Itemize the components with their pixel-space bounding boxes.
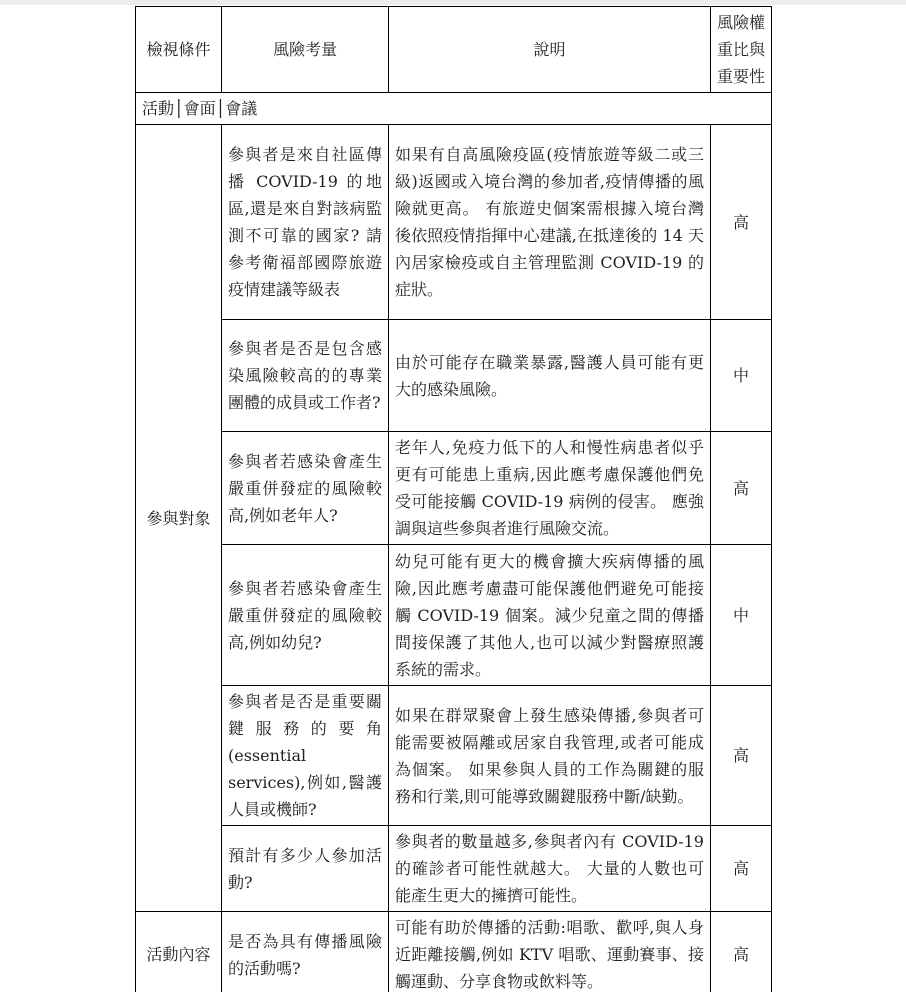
document-page: 檢視條件 風險考量 說明 風險權重比與重要性 活動│會面│會議 參與對象 參與者… xyxy=(0,0,906,992)
header-consideration: 風險考量 xyxy=(222,7,389,93)
consideration-cell: 是否為具有傳播風險的活動嗎? xyxy=(222,912,389,992)
section-row: 活動│會面│會議 xyxy=(136,93,772,125)
header-description: 說明 xyxy=(389,7,711,93)
consideration-cell: 參與者若感染會產生嚴重併發症的風險較高,例如幼兒? xyxy=(222,545,389,686)
description-cell: 可能有助於傳播的活動:唱歌、歡呼,與人身近距離接觸,例如 KTV 唱歌、運動賽事… xyxy=(389,912,711,992)
table-row: 活動內容 是否為具有傳播風險的活動嗎? 可能有助於傳播的活動:唱歌、歡呼,與人身… xyxy=(136,912,772,992)
weight-cell: 高 xyxy=(711,432,772,545)
risk-assessment-table: 檢視條件 風險考量 說明 風險權重比與重要性 活動│會面│會議 參與對象 參與者… xyxy=(135,6,772,992)
description-cell: 如果有自高風險疫區(疫情旅遊等級二或三級)返國或入境台灣的參加者,疫情傳播的風險… xyxy=(389,125,711,320)
header-weight: 風險權重比與重要性 xyxy=(711,7,772,93)
weight-cell: 高 xyxy=(711,686,772,826)
description-cell: 幼兒可能有更大的機會擴大疾病傳播的風險,因此應考慮盡可能保護他們避免可能接觸 C… xyxy=(389,545,711,686)
consideration-cell: 參與者是來自社區傳播 COVID-19 的地區,還是來自對該病監測不可靠的國家?… xyxy=(222,125,389,320)
table-header-row: 檢視條件 風險考量 說明 風險權重比與重要性 xyxy=(136,7,772,93)
window-top-edge xyxy=(0,0,906,5)
table-row: 參與者是否是包含感染風險較高的的專業團體的成員或工作者? 由於可能存在職業暴露,… xyxy=(136,320,772,432)
table-row: 參與者是否是重要關鍵服務的要角 (essential services),例如,… xyxy=(136,686,772,826)
weight-cell: 高 xyxy=(711,125,772,320)
section-title-activity-meeting: 活動│會面│會議 xyxy=(136,93,772,125)
consideration-cell: 參與者是否是重要關鍵服務的要角 (essential services),例如,… xyxy=(222,686,389,826)
condition-cell-activity-content: 活動內容 xyxy=(136,912,222,992)
condition-cell-participants: 參與對象 xyxy=(136,125,222,912)
weight-cell: 高 xyxy=(711,912,772,992)
consideration-cell: 參與者若感染會產生嚴重併發症的風險較高,例如老年人? xyxy=(222,432,389,545)
table-row: 參與者若感染會產生嚴重併發症的風險較高,例如幼兒? 幼兒可能有更大的機會擴大疾病… xyxy=(136,545,772,686)
consideration-cell: 預計有多少人參加活動? xyxy=(222,826,389,912)
description-cell: 老年人,免疫力低下的人和慢性病患者似乎更有可能患上重病,因此應考慮保護他們免受可… xyxy=(389,432,711,545)
weight-cell: 中 xyxy=(711,545,772,686)
description-cell: 如果在群眾聚會上發生感染傳播,參與者可能需要被隔離或居家自我管理,或者可能成為個… xyxy=(389,686,711,826)
description-cell: 由於可能存在職業暴露,醫護人員可能有更大的感染風險。 xyxy=(389,320,711,432)
weight-cell: 高 xyxy=(711,826,772,912)
weight-cell: 中 xyxy=(711,320,772,432)
consideration-cell: 參與者是否是包含感染風險較高的的專業團體的成員或工作者? xyxy=(222,320,389,432)
description-cell: 參與者的數量越多,參與者內有 COVID-19 的確診者可能性就越大。 大量的人… xyxy=(389,826,711,912)
table-row: 預計有多少人參加活動? 參與者的數量越多,參與者內有 COVID-19 的確診者… xyxy=(136,826,772,912)
table-row: 參與對象 參與者是來自社區傳播 COVID-19 的地區,還是來自對該病監測不可… xyxy=(136,125,772,320)
header-condition: 檢視條件 xyxy=(136,7,222,93)
table-row: 參與者若感染會產生嚴重併發症的風險較高,例如老年人? 老年人,免疫力低下的人和慢… xyxy=(136,432,772,545)
